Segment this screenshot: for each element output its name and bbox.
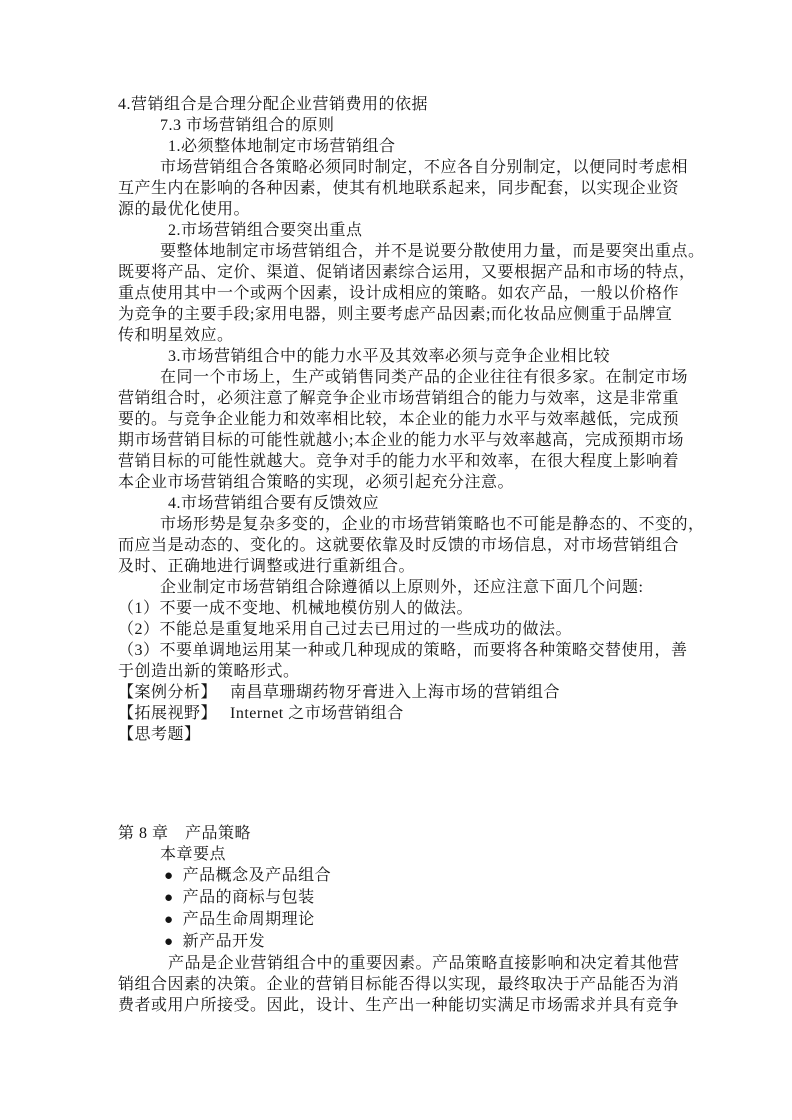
- text-line: 4.营销组合是合理分配企业营销费用的依据: [118, 94, 698, 115]
- text-line: 要的。与竞争企业能力和效率相比较，本企业的能力水平与效率越低，完成预: [118, 409, 698, 430]
- bullet-list-item: ●产品概念及产品组合: [118, 865, 698, 887]
- bullet-item-label: 产品生命周期理论: [183, 911, 315, 928]
- bullet-icon: ●: [164, 932, 174, 953]
- review-questions-line: 【思考题】: [118, 724, 698, 745]
- numbered-item: （3）不要单调地运用某一种或几种现成的策略，而要将各种策略交替使用，善: [118, 640, 698, 661]
- text-line: 企业制定市场营销组合除遵循以上原则外，还应注意下面几个问题:: [118, 577, 698, 598]
- text-line: 要整体地制定市场营销组合，并不是说要分散使用力量，而是要突出重点。: [118, 241, 698, 262]
- text-line: 在同一个市场上，生产或销售同类产品的企业往往有很多家。在制定市场: [118, 367, 698, 388]
- case-analysis-line: 【案例分析】 南昌草珊瑚药物牙膏进入上海市场的营销组合: [118, 682, 698, 703]
- numbered-item: （1）不要一成不变地、机械地模仿别人的做法。: [118, 598, 698, 619]
- bullet-icon: ●: [164, 888, 174, 909]
- text-line: 既要将产品、定价、渠道、促销诸因素综合运用，又要根据产品和市场的特点，: [118, 262, 698, 283]
- section-gap: [118, 745, 698, 823]
- sub-heading: 3.市场营销组合中的能力水平及其效率必须与竞争企业相比较: [118, 346, 698, 367]
- sub-heading: 2.市场营销组合要突出重点: [118, 220, 698, 241]
- text-line: 重点使用其中一个或两个因素，设计成相应的策略。如农产品，一般以价格作: [118, 283, 698, 304]
- sub-heading: 4.市场营销组合要有反馈效应: [118, 493, 698, 514]
- text-line: 互产生内在影响的各种因素，使其有机地联系起来，同步配套，以实现企业资: [118, 178, 698, 199]
- bullet-icon: ●: [164, 866, 174, 887]
- bullet-item-label: 产品概念及产品组合: [183, 867, 332, 884]
- text-line: 为竞争的主要手段;家用电器，则主要考虑产品因素;而化妆品应侧重于品牌宣: [118, 304, 698, 325]
- text-line: 市场营销组合各策略必须同时制定，不应各自分别制定，以便同时考虑相: [118, 157, 698, 178]
- text-line: 及时、正确地进行调整或进行重新组合。: [118, 556, 698, 577]
- text-block: 4.营销组合是合理分配企业营销费用的依据 7.3 市场营销组合的原则 1.必须整…: [118, 94, 698, 1016]
- bullet-item-label: 产品的商标与包装: [183, 889, 315, 906]
- text-line: 于创造出新的策略形式。: [118, 661, 698, 682]
- text-line: 本企业市场营销组合策略的实现，必须引起充分注意。: [118, 472, 698, 493]
- text-line: 产品是企业营销组合中的重要因素。产品策略直接影响和决定着其他营: [118, 953, 698, 974]
- text-line: 源的最优化使用。: [118, 199, 698, 220]
- section-heading: 7.3 市场营销组合的原则: [118, 115, 698, 136]
- bullet-list-item: ●产品生命周期理论: [118, 909, 698, 931]
- text-line: 营销目标的可能性就越大。竞争对手的能力水平和效率，在很大程度上影响着: [118, 451, 698, 472]
- extended-view-line: 【拓展视野】 Internet 之市场营销组合: [118, 703, 698, 724]
- bullet-icon: ●: [164, 910, 174, 931]
- text-line: 期市场营销目标的可能性就越小;本企业的能力水平与效率越高，完成预期市场: [118, 430, 698, 451]
- bullet-item-label: 新产品开发: [183, 933, 266, 950]
- numbered-item: （2）不能总是重复地采用自己过去已用过的一些成功的做法。: [118, 619, 698, 640]
- chapter-heading: 第 8 章 产品策略: [118, 823, 698, 844]
- text-line: 而应当是动态的、变化的。这就要依靠及时反馈的市场信息，对市场营销组合: [118, 535, 698, 556]
- text-line: 营销组合时，必须注意了解竞争企业市场营销组合的能力与效率，这是非常重: [118, 388, 698, 409]
- chapter-keypoints-heading: 本章要点: [118, 844, 698, 865]
- text-line: 市场形势是复杂多变的，企业的市场营销策略也不可能是静态的、不变的，: [118, 514, 698, 535]
- text-line: 费者或用户所接受。因此，设计、生产出一种能切实满足市场需求并具有竞争: [118, 995, 698, 1016]
- bullet-list-item: ●新产品开发: [118, 931, 698, 953]
- text-line: 销组合因素的决策。企业的营销目标能否得以实现，最终取决于产品能否为消: [118, 974, 698, 995]
- bullet-list-item: ●产品的商标与包装: [118, 887, 698, 909]
- sub-heading: 1.必须整体地制定市场营销组合: [118, 136, 698, 157]
- text-line: 传和明星效应。: [118, 325, 698, 346]
- document-page: 4.营销组合是合理分配企业营销费用的依据 7.3 市场营销组合的原则 1.必须整…: [0, 0, 792, 1120]
